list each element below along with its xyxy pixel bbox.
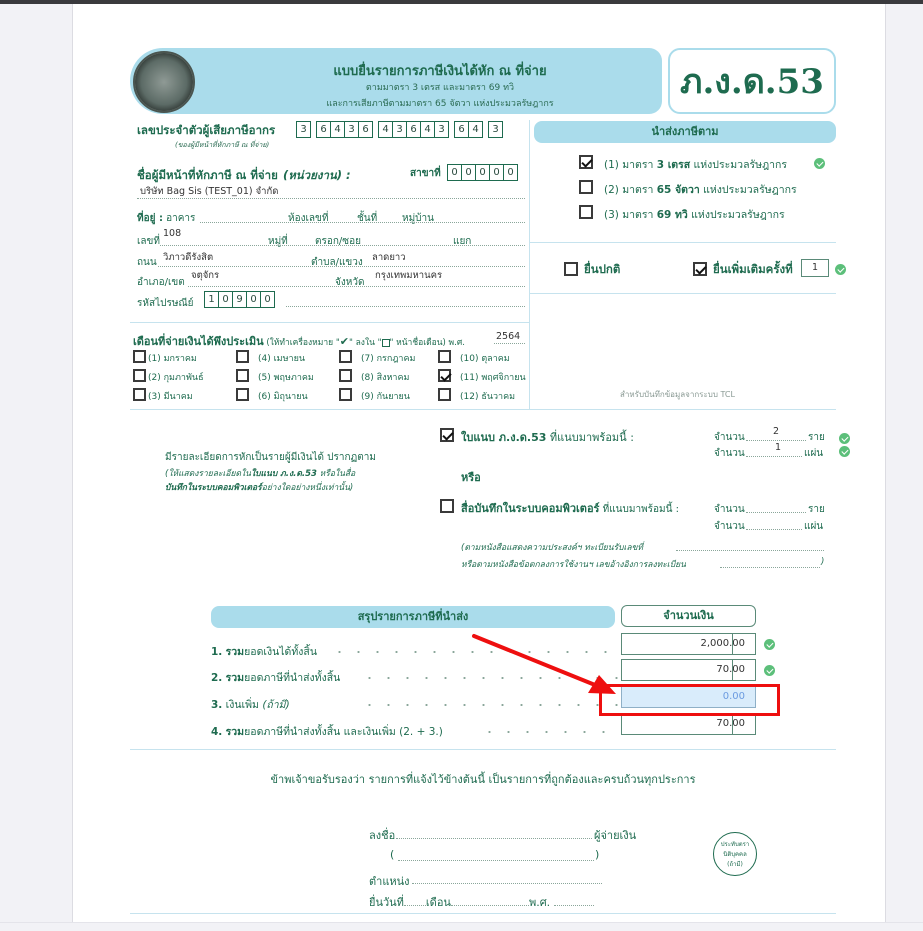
month-label: (10) ตุลาคม bbox=[460, 351, 510, 365]
digit-cell[interactable]: 6 bbox=[358, 121, 373, 138]
digit-cell[interactable]: 3 bbox=[344, 121, 359, 138]
digit-cell[interactable]: 4 bbox=[330, 121, 345, 138]
sheet-pages-value[interactable]: 1 bbox=[775, 442, 781, 453]
month-label: (8) สิงหาคม bbox=[361, 370, 409, 384]
attachment-sheet-label: ใบแนบ ภ.ง.ด.53 ที่แนบมาพร้อมนี้ : bbox=[461, 428, 634, 446]
amount-field[interactable]: 70.00 bbox=[621, 659, 756, 681]
payer-name-label: ชื่อผู้มีหน้าที่หักภาษี ณ ที่จ่าย (หน่วย… bbox=[137, 164, 351, 185]
digit-cell[interactable]: 0 bbox=[447, 164, 462, 181]
address-dotline-2 bbox=[160, 245, 525, 246]
village-label: หมู่บ้าน bbox=[402, 211, 434, 226]
month-label: (9) กันยายน bbox=[361, 389, 410, 403]
decimal-separator-line bbox=[732, 634, 733, 654]
month-label: (12) ธันวาคม bbox=[460, 389, 515, 403]
address-number-value[interactable]: 108 bbox=[163, 228, 181, 239]
digit-cell[interactable]: 0 bbox=[503, 164, 518, 181]
company-stamp-placeholder: ประทับตรา นิติบุคคล (ถ้ามี) bbox=[713, 832, 757, 876]
month-dotline bbox=[451, 905, 529, 906]
address-dotline-3 bbox=[158, 266, 525, 267]
tax-year-value[interactable]: 2564 bbox=[496, 331, 520, 342]
district-label: อำเภอ/เขต bbox=[137, 275, 185, 290]
attachment-media-checkbox[interactable] bbox=[440, 499, 454, 513]
attachment-note-2: บันทึกในระบบคอมพิวเตอร์อย่างใดอย่างหนึ่ง… bbox=[165, 480, 353, 494]
digit-cell[interactable]: 6 bbox=[406, 121, 421, 138]
media-persons-unit: ราย bbox=[808, 502, 825, 517]
month-checkbox[interactable] bbox=[339, 388, 352, 401]
additional-filing-label: ยื่นเพิ่มเติมครั้งที่ bbox=[713, 261, 793, 279]
month-checkbox[interactable] bbox=[236, 388, 249, 401]
attachment-media-label: สื่อบันทึกในระบบคอมพิวเตอร์ ที่แนบมาพร้อ… bbox=[461, 499, 679, 517]
soi-label: ตรอก/ซอย bbox=[315, 234, 361, 249]
decimal-separator-line bbox=[732, 660, 733, 680]
taxpayer-id-sublabel: (ของผู้มีหน้าที่หักภาษี ณ ที่จ่าย) bbox=[175, 140, 269, 151]
position-label: ตำแหน่ง bbox=[369, 872, 410, 890]
printed-name-dotline bbox=[398, 860, 594, 861]
remit-option-checkbox[interactable] bbox=[579, 155, 593, 169]
attachment-note-1: (ให้แสดงรายละเอียดในใบแนบ ภ.ง.ด.53 หรือใ… bbox=[165, 466, 355, 480]
month-label: (11) พฤศจิกายน bbox=[460, 370, 526, 384]
address-row-1: ที่อยู่ : อาคาร bbox=[137, 211, 195, 226]
decimal-separator-line bbox=[732, 714, 733, 734]
media-pages-label: จำนวน bbox=[714, 519, 745, 534]
digit-cell[interactable]: 0 bbox=[489, 164, 504, 181]
name-dotline bbox=[137, 198, 525, 199]
amount-field[interactable]: 2,000.00 bbox=[621, 633, 756, 655]
summary-row-label: 2. รวมยอดภาษีที่นำส่งทั้งสิ้น bbox=[211, 669, 340, 686]
form-subtitle-1: ตามมาตรา 3 เตรส และมาตรา 69 ทวิ bbox=[250, 80, 630, 94]
taxpayer-id-field[interactable]: 3643643643643 bbox=[297, 121, 503, 138]
subdistrict-value[interactable]: ลาดยาว bbox=[372, 250, 406, 265]
additional-filing-checkbox[interactable] bbox=[693, 262, 707, 276]
months-header: เดือนที่จ่ายเงินได้พึงประเมิน (ให้ทำเครื… bbox=[133, 332, 465, 350]
divider-months bbox=[130, 322, 530, 323]
month-checkbox[interactable] bbox=[339, 369, 352, 382]
digit-cell[interactable]: 3 bbox=[296, 121, 311, 138]
divider-filing bbox=[530, 293, 836, 294]
month-label: (1) มกราคม bbox=[148, 351, 197, 365]
tcl-note: สำหรับบันทึกข้อมูลจากระบบ TCL bbox=[620, 388, 735, 401]
signature-dotline bbox=[396, 838, 592, 839]
sheet-persons-dotline bbox=[746, 440, 806, 441]
sheet-persons-label: จำนวน bbox=[714, 430, 745, 445]
name-paren-close: ) bbox=[595, 848, 599, 861]
digit-cell[interactable]: 0 bbox=[218, 291, 233, 308]
verified-check-icon bbox=[835, 264, 846, 275]
divider-remit bbox=[530, 242, 836, 243]
sheet-pages-unit: แผ่น bbox=[804, 446, 823, 461]
month-label: (6) มิถุนายน bbox=[258, 389, 308, 403]
media-note-2: หรือตามหนังสือข้อตกลงการใช้งานฯ เลขอ้างอ… bbox=[461, 557, 686, 571]
province-label: จังหวัด bbox=[335, 275, 364, 290]
month-checkbox[interactable] bbox=[339, 350, 352, 363]
address-dotline-4 bbox=[188, 286, 525, 287]
revenue-seal-icon bbox=[133, 51, 195, 113]
digit-cell[interactable]: 4 bbox=[420, 121, 435, 138]
divider-top-section bbox=[130, 409, 836, 410]
year-dotline bbox=[554, 905, 594, 906]
room-label: ห้องเลขที่ bbox=[288, 211, 328, 226]
payer-label: ผู้จ่ายเงิน bbox=[594, 826, 636, 844]
digit-cell[interactable]: 0 bbox=[475, 164, 490, 181]
amount-field[interactable]: 70.00 bbox=[621, 713, 756, 735]
digit-cell[interactable]: 3 bbox=[392, 121, 407, 138]
media-note-1: (ตามหนังสือแสดงความประสงค์ฯ ทะเบียนรับเล… bbox=[461, 540, 643, 554]
month-checkbox[interactable] bbox=[236, 350, 249, 363]
digit-cell[interactable]: 6 bbox=[454, 121, 469, 138]
verified-check-icon bbox=[764, 665, 775, 676]
year-dotline bbox=[494, 343, 525, 344]
viewer-bottom-strip bbox=[0, 922, 923, 931]
remit-option-checkbox[interactable] bbox=[579, 180, 593, 194]
divider-certification bbox=[130, 913, 836, 914]
digit-cell[interactable]: 1 bbox=[204, 291, 219, 308]
additional-filing-number[interactable]: 1 bbox=[801, 259, 829, 277]
subdistrict-label: ตำบล/แขวง bbox=[311, 255, 363, 270]
month-label: (3) มีนาคม bbox=[148, 389, 193, 403]
day-dotline bbox=[404, 905, 426, 906]
digit-cell[interactable]: 4 bbox=[468, 121, 483, 138]
district-value[interactable]: จตุจักร bbox=[191, 268, 219, 283]
or-label: หรือ bbox=[461, 468, 481, 486]
amount-column-header: จำนวนเงิน bbox=[621, 605, 756, 627]
column-divider bbox=[529, 120, 530, 410]
month-checkbox[interactable] bbox=[438, 388, 451, 401]
position-dotline bbox=[412, 883, 602, 884]
postcode-field[interactable]: 10900 bbox=[205, 291, 275, 308]
media-note-2-dotline bbox=[720, 567, 820, 568]
media-pages-dotline bbox=[746, 529, 802, 530]
digit-cell[interactable]: 4 bbox=[378, 121, 393, 138]
remit-option-checkbox[interactable] bbox=[579, 205, 593, 219]
remit-option-label: (1) มาตรา 3 เตรส แห่งประมวลรัษฎากร bbox=[604, 156, 787, 173]
month-label: (5) พฤษภาคม bbox=[258, 370, 314, 384]
month-checkbox[interactable] bbox=[438, 369, 451, 382]
province-value[interactable]: กรุงเทพมหานคร bbox=[375, 268, 442, 283]
form-code: ภ.ง.ด.53 bbox=[668, 48, 836, 114]
summary-row-label: 3. เงินเพิ่ม (ถ้ามี) bbox=[211, 696, 290, 713]
digit-cell[interactable]: 0 bbox=[260, 291, 275, 308]
digit-cell[interactable]: 3 bbox=[434, 121, 449, 138]
taxpayer-id-label: เลขประจำตัวผู้เสียภาษีอากร bbox=[137, 122, 275, 140]
month-label: (4) เมษายน bbox=[258, 351, 305, 365]
floor-label: ชั้นที่ bbox=[357, 211, 377, 226]
month-label: (2) กุมภาพันธ์ bbox=[148, 370, 204, 384]
verified-check-icon bbox=[839, 433, 850, 444]
media-note-1-dotline bbox=[676, 550, 824, 551]
month-checkbox[interactable] bbox=[133, 388, 146, 401]
certification-statement: ข้าพเจ้าขอรับรองว่า รายการที่แจ้งไว้ข้าง… bbox=[130, 770, 836, 788]
branch-label: สาขาที่ bbox=[410, 166, 441, 181]
attachment-sheet-checkbox[interactable] bbox=[440, 428, 454, 442]
normal-filing-label: ยื่นปกติ bbox=[584, 261, 620, 279]
signature-label: ลงชื่อ bbox=[369, 826, 395, 844]
leader-dots bbox=[480, 730, 620, 734]
verified-check-icon bbox=[839, 446, 850, 457]
postcode-label: รหัสไปรษณีย์ bbox=[137, 296, 194, 311]
sheet-persons-value[interactable]: 2 bbox=[773, 426, 779, 437]
digit-cell[interactable]: 0 bbox=[246, 291, 261, 308]
summary-row-label: 4. รวมยอดภาษีที่นำส่งทั้งสิ้น และเงินเพิ… bbox=[211, 723, 443, 740]
road-label: ถนน bbox=[137, 255, 157, 270]
moo-label: หมู่ที่ bbox=[268, 234, 288, 249]
box-glyph-icon bbox=[382, 339, 390, 347]
divider-summary bbox=[130, 749, 836, 750]
month-checkbox[interactable] bbox=[133, 369, 146, 382]
month-checkbox[interactable] bbox=[236, 369, 249, 382]
form-subtitle-2: และการเสียภาษีตามมาตรา 65 จัตวา แห่งประม… bbox=[250, 96, 630, 110]
form-title: แบบยื่นรายการภาษีเงินได้หัก ณ ที่จ่าย bbox=[250, 60, 630, 81]
postcode-dotline bbox=[286, 306, 525, 307]
number-label: เลขที่ bbox=[137, 234, 160, 249]
normal-filing-checkbox[interactable] bbox=[564, 262, 578, 276]
digit-cell[interactable]: 0 bbox=[461, 164, 476, 181]
sheet-persons-unit: ราย bbox=[808, 430, 825, 445]
remit-option-label: (2) มาตรา 65 จัตวา แห่งประมวลรัษฎากร bbox=[604, 181, 797, 198]
month-checkbox[interactable] bbox=[133, 350, 146, 363]
summary-row-label: 1. รวมยอดเงินได้ทั้งสิ้น bbox=[211, 643, 317, 660]
payer-name-value[interactable]: บริษัท Bag Sis (TEST_01) จำกัด bbox=[140, 184, 278, 199]
media-note-2-end: ) bbox=[821, 557, 824, 567]
attachment-intro: มีรายละเอียดการหักเป็นรายผู้มีเงินได้ ปร… bbox=[165, 450, 376, 465]
branch-number-field[interactable]: 00000 bbox=[448, 164, 518, 181]
remit-section-title: นำส่งภาษีตาม bbox=[534, 121, 836, 143]
address-dotline-1 bbox=[200, 222, 525, 223]
sheet-pages-dotline bbox=[746, 456, 802, 457]
digit-cell[interactable]: 6 bbox=[316, 121, 331, 138]
annotation-highlight-box bbox=[599, 684, 780, 716]
digit-cell[interactable]: 3 bbox=[488, 121, 503, 138]
name-paren-open: ( bbox=[390, 848, 394, 861]
date-row: ยื่นวันที่เดือนพ.ศ. bbox=[369, 893, 594, 911]
sheet-pages-label: จำนวน bbox=[714, 446, 745, 461]
media-persons-dotline bbox=[746, 512, 806, 513]
digit-cell[interactable]: 9 bbox=[232, 291, 247, 308]
verified-check-icon bbox=[764, 639, 775, 650]
yaek-label: แยก bbox=[453, 234, 471, 249]
month-label: (7) กรกฎาคม bbox=[361, 351, 415, 365]
road-value[interactable]: วิภาวดีรังสิต bbox=[163, 250, 213, 265]
media-persons-label: จำนวน bbox=[714, 502, 745, 517]
verified-check-icon bbox=[814, 158, 825, 169]
remit-option-label: (3) มาตรา 69 ทวิ แห่งประมวลรัษฎากร bbox=[604, 206, 785, 223]
month-checkbox[interactable] bbox=[438, 350, 451, 363]
media-pages-unit: แผ่น bbox=[804, 519, 823, 534]
